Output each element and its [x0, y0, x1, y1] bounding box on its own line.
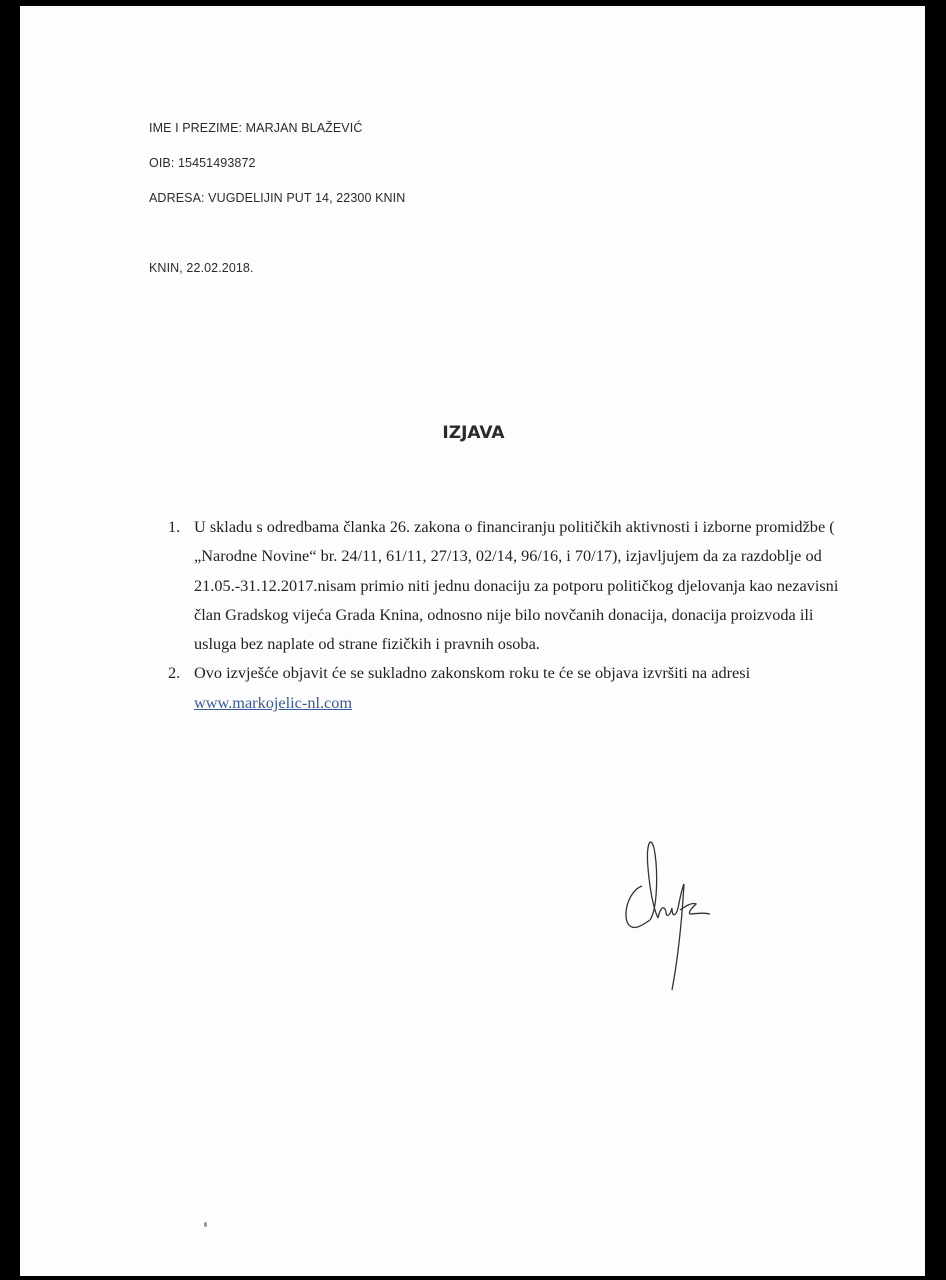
list-item: 2. Ovo izvješće objavit će se sukladno z…: [148, 658, 844, 717]
statement-list: 1. U skladu s odredbama članka 26. zakon…: [148, 512, 848, 717]
document-title: IZJAVA: [20, 423, 927, 443]
item-text: Ovo izvješće objavit će se sukladno zako…: [194, 663, 750, 682]
item-text: U skladu s odredbama članka 26. zakona o…: [194, 517, 838, 653]
signature-icon: [600, 828, 750, 1003]
address-line: ADRESA: VUGDELIJIN PUT 14, 22300 KNIN: [149, 191, 405, 205]
item-number: 1.: [168, 512, 180, 541]
scan-speck: [204, 1222, 207, 1227]
item-number: 2.: [168, 658, 180, 687]
list-item: 1. U skladu s odredbama članka 26. zakon…: [148, 512, 844, 658]
website-link[interactable]: www.markojelic-nl.com: [194, 693, 352, 712]
oib-line: OIB: 15451493872: [149, 156, 256, 170]
name-line: IME I PREZIME: MARJAN BLAŽEVIĆ: [149, 121, 362, 135]
document-page: IME I PREZIME: MARJAN BLAŽEVIĆ OIB: 1545…: [20, 6, 925, 1276]
place-date: KNIN, 22.02.2018.: [149, 261, 254, 275]
